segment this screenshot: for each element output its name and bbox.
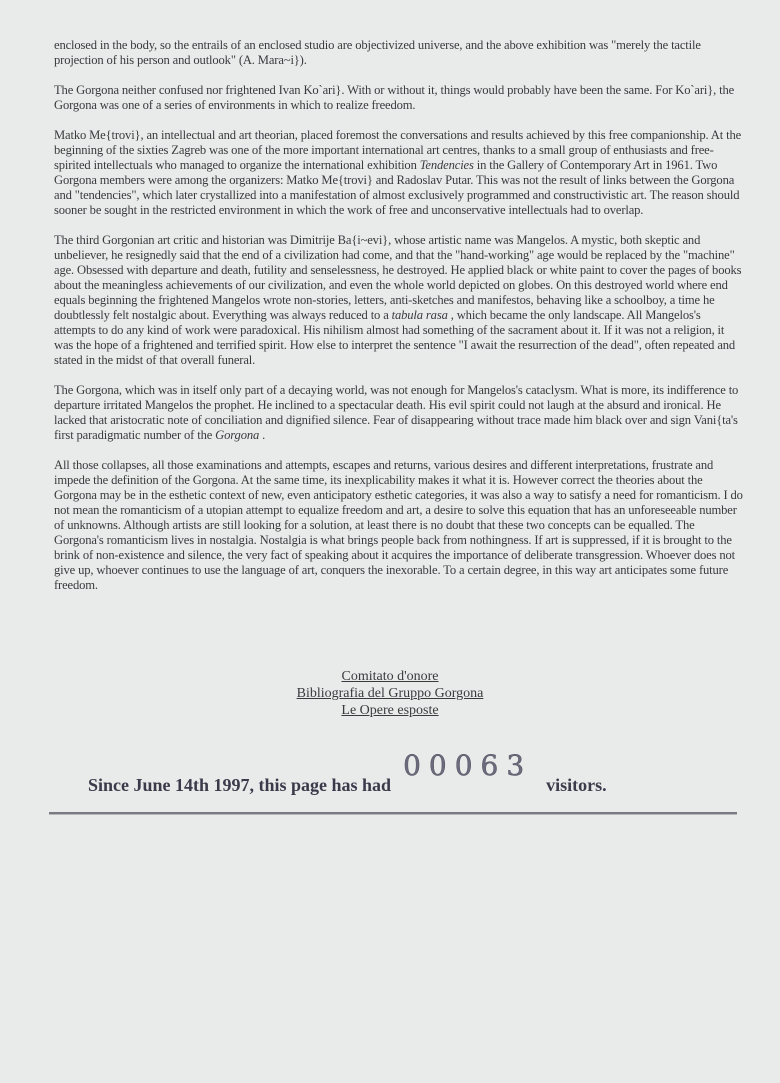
link-opere-esposte[interactable]: Le Opere esposte <box>341 702 438 719</box>
link-bibliografia[interactable]: Bibliografia del Gruppo Gorgona <box>297 685 484 702</box>
paragraph-conclusion: All those collapses, all those examinati… <box>54 458 744 593</box>
italic-title-tendencies: Tendencies <box>420 158 474 172</box>
visitor-counter-digits: 00063 <box>403 758 532 773</box>
paragraph-text: The Gorgona, which was in itself only pa… <box>54 383 738 442</box>
paragraph-marasi-quote: enclosed in the body, so the entrails of… <box>54 38 744 68</box>
article-body: enclosed in the body, so the entrails of… <box>54 38 744 608</box>
paragraph-text: . <box>259 428 265 442</box>
link-comitato-donore[interactable]: Comitato d'onore <box>341 668 438 685</box>
paragraph-mangelos: The third Gorgonian art critic and histo… <box>54 233 744 368</box>
navigation-links: Comitato d'onore Bibliografia del Gruppo… <box>0 668 780 719</box>
visitor-counter-line: Since June 14th 1997, this page has had0… <box>88 774 607 793</box>
paragraph-mestrovic: Matko Me{trovi}, an intellectual and art… <box>54 128 744 218</box>
paragraph-cataclysm: The Gorgona, which was in itself only pa… <box>54 383 744 443</box>
italic-title-gorgona: Gorgona <box>215 428 259 442</box>
counter-suffix: visitors. <box>546 775 607 795</box>
paragraph-kozaric: The Gorgona neither confused nor frighte… <box>54 83 744 113</box>
counter-prefix: Since June 14th 1997, this page has had <box>88 775 391 795</box>
horizontal-rule <box>49 812 737 815</box>
italic-term-tabula-rasa: tabula rasa <box>392 308 448 322</box>
